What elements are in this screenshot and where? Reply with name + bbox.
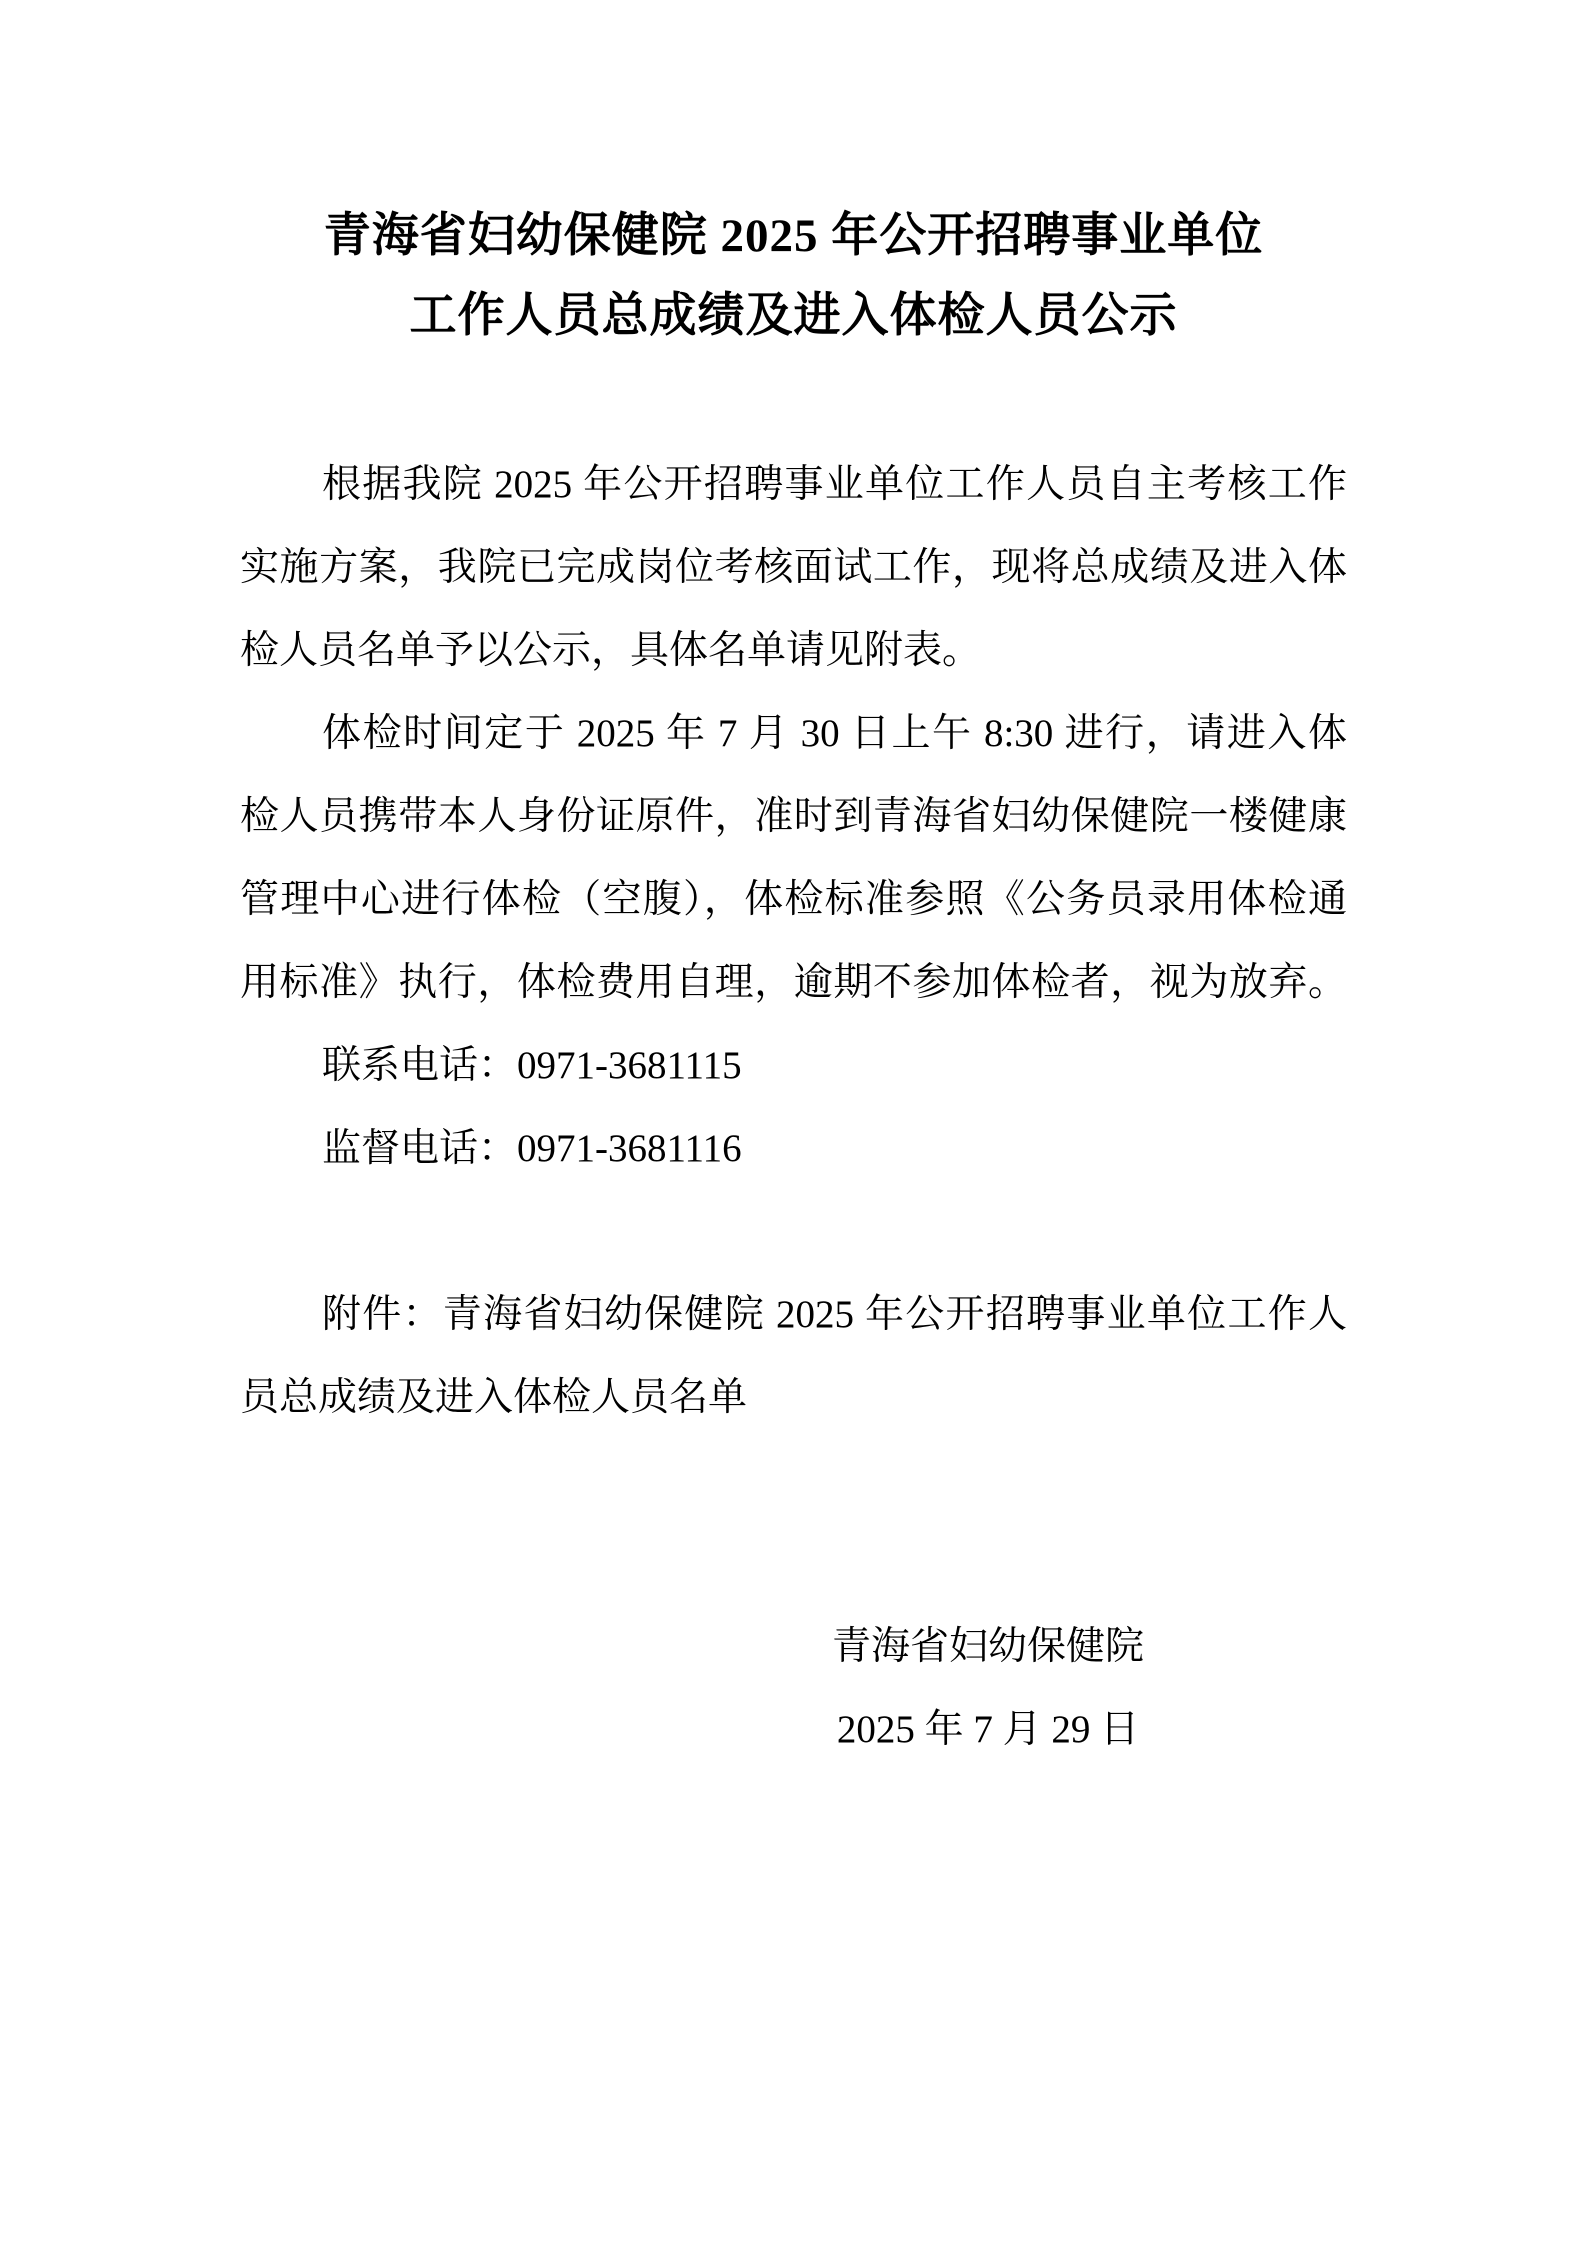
signature-organization: 青海省妇幼保健院 (688, 1605, 1288, 1688)
paragraph-exam-line-2: 检人员携带本人身份证原件，准时到青海省妇幼保健院一楼健康 (240, 775, 1347, 858)
paragraph-intro: 根据我院 2025 年公开招聘事业单位工作人员自主考核工作 实施方案，我院已完成… (240, 443, 1347, 692)
phone-numbers: 联系电话：0971-3681115 监督电话：0971-3681116 (240, 1024, 1347, 1190)
paragraph-intro-line-3: 检人员名单予以公示，具体名单请见附表。 (240, 609, 1347, 692)
document-title-line-1: 青海省妇幼保健院 2025 年公开招聘事业单位 (240, 196, 1347, 276)
paragraph-exam-details: 体检时间定于 2025 年 7 月 30 日上午 8:30 进行，请进入体 检人… (240, 692, 1347, 1024)
paragraph-exam-line-3: 管理中心进行体检（空腹），体检标准参照《公务员录用体检通 (240, 858, 1347, 941)
contact-phone-line: 联系电话：0971-3681115 (240, 1024, 1347, 1107)
attachment-line-1: 附件：青海省妇幼保健院 2025 年公开招聘事业单位工作人 (240, 1273, 1347, 1356)
attachment-line-2: 员总成绩及进入体检人员名单 (240, 1356, 1347, 1439)
paragraph-exam-line-4: 用标准》执行，体检费用自理，逾期不参加体检者，视为放弃。 (240, 941, 1347, 1024)
signature-date: 2025 年 7 月 29 日 (688, 1688, 1288, 1771)
paragraph-intro-line-2: 实施方案，我院已完成岗位考核面试工作，现将总成绩及进入体 (240, 526, 1347, 609)
paragraph-intro-line-1: 根据我院 2025 年公开招聘事业单位工作人员自主考核工作 (240, 443, 1347, 526)
document-page: 青海省妇幼保健院 2025 年公开招聘事业单位 工作人员总成绩及进入体检人员公示… (0, 0, 1587, 2245)
paragraph-exam-line-1: 体检时间定于 2025 年 7 月 30 日上午 8:30 进行，请进入体 (240, 692, 1347, 775)
signature-block: 青海省妇幼保健院 2025 年 7 月 29 日 (688, 1605, 1288, 1771)
attachment-note: 附件：青海省妇幼保健院 2025 年公开招聘事业单位工作人 员总成绩及进入体检人… (240, 1273, 1347, 1439)
document-title: 青海省妇幼保健院 2025 年公开招聘事业单位 工作人员总成绩及进入体检人员公示 (240, 196, 1347, 356)
supervision-phone-line: 监督电话：0971-3681116 (240, 1107, 1347, 1190)
document-title-line-2: 工作人员总成绩及进入体检人员公示 (240, 276, 1347, 356)
